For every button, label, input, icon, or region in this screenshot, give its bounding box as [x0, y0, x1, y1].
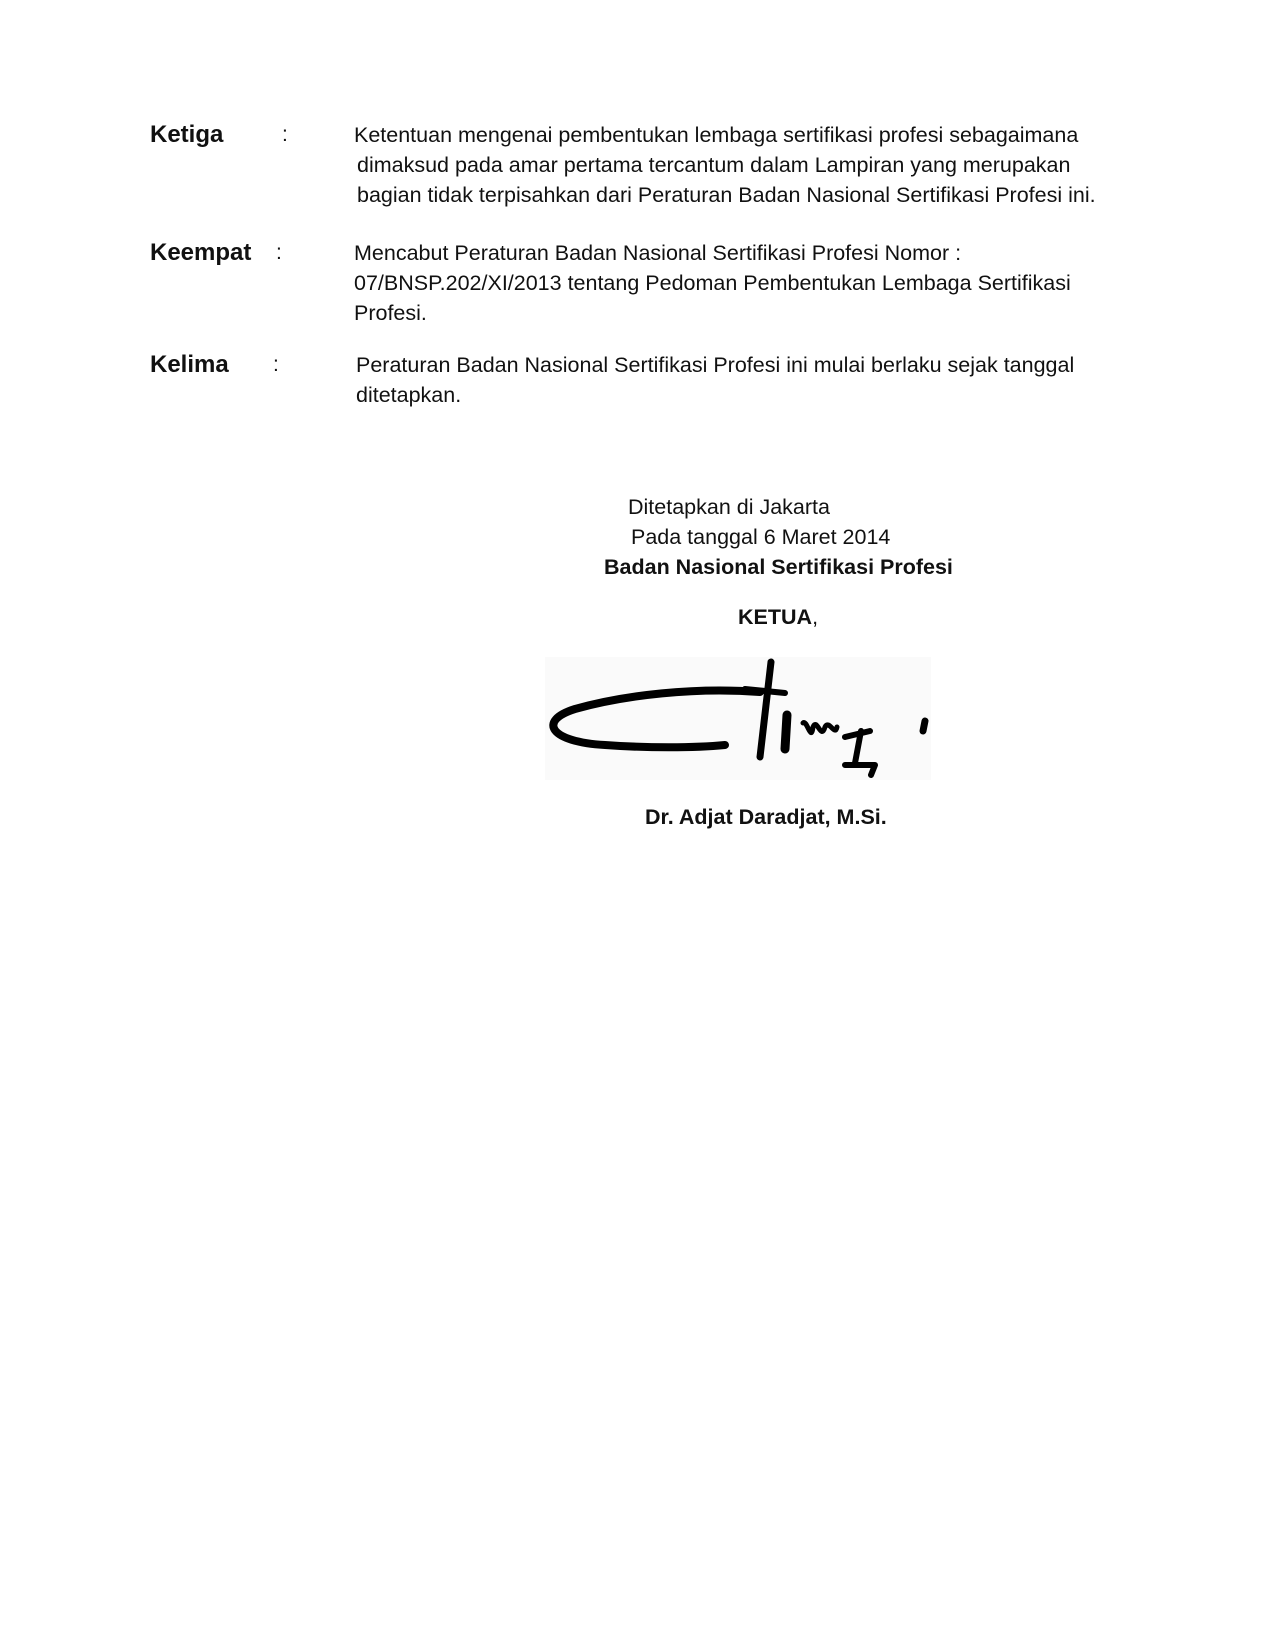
article-line: 07/BNSP.202/XI/2013 tentang Pedoman Pemb… [354, 268, 1154, 298]
place-of-enactment: Ditetapkan di Jakarta [628, 492, 830, 522]
article-label: Keempat [150, 238, 251, 268]
position-title: KETUA, [738, 602, 818, 632]
article-line: Ketentuan mengenai pembentukan lembaga s… [354, 120, 1154, 150]
article-line: Mencabut Peraturan Badan Nasional Sertif… [354, 238, 1154, 268]
article-label: Ketiga [150, 120, 223, 150]
article-separator: : [282, 120, 288, 150]
article-separator: : [273, 350, 279, 380]
position-label: KETUA [738, 605, 812, 629]
article-line: dimaksud pada amar pertama tercantum dal… [354, 150, 1154, 180]
article-separator: : [276, 238, 282, 268]
institution-name: Badan Nasional Sertifikasi Profesi [604, 552, 953, 582]
article-line: bagian tidak terpisahkan dari Peraturan … [354, 180, 1154, 210]
article-line: Profesi. [354, 298, 1154, 328]
article-line: ditetapkan. [356, 380, 1156, 410]
date-of-enactment: Pada tanggal 6 Maret 2014 [631, 522, 890, 552]
signatory-name: Dr. Adjat Daradjat, M.Si. [645, 802, 887, 832]
article-label: Kelima [150, 350, 229, 380]
article-text: Mencabut Peraturan Badan Nasional Sertif… [354, 238, 1154, 328]
position-suffix: , [812, 605, 818, 629]
handwritten-signature-icon [545, 657, 931, 780]
article-line: Peraturan Badan Nasional Sertifikasi Pro… [356, 350, 1156, 380]
article-text: Peraturan Badan Nasional Sertifikasi Pro… [356, 350, 1156, 410]
article-text: Ketentuan mengenai pembentukan lembaga s… [354, 120, 1154, 210]
